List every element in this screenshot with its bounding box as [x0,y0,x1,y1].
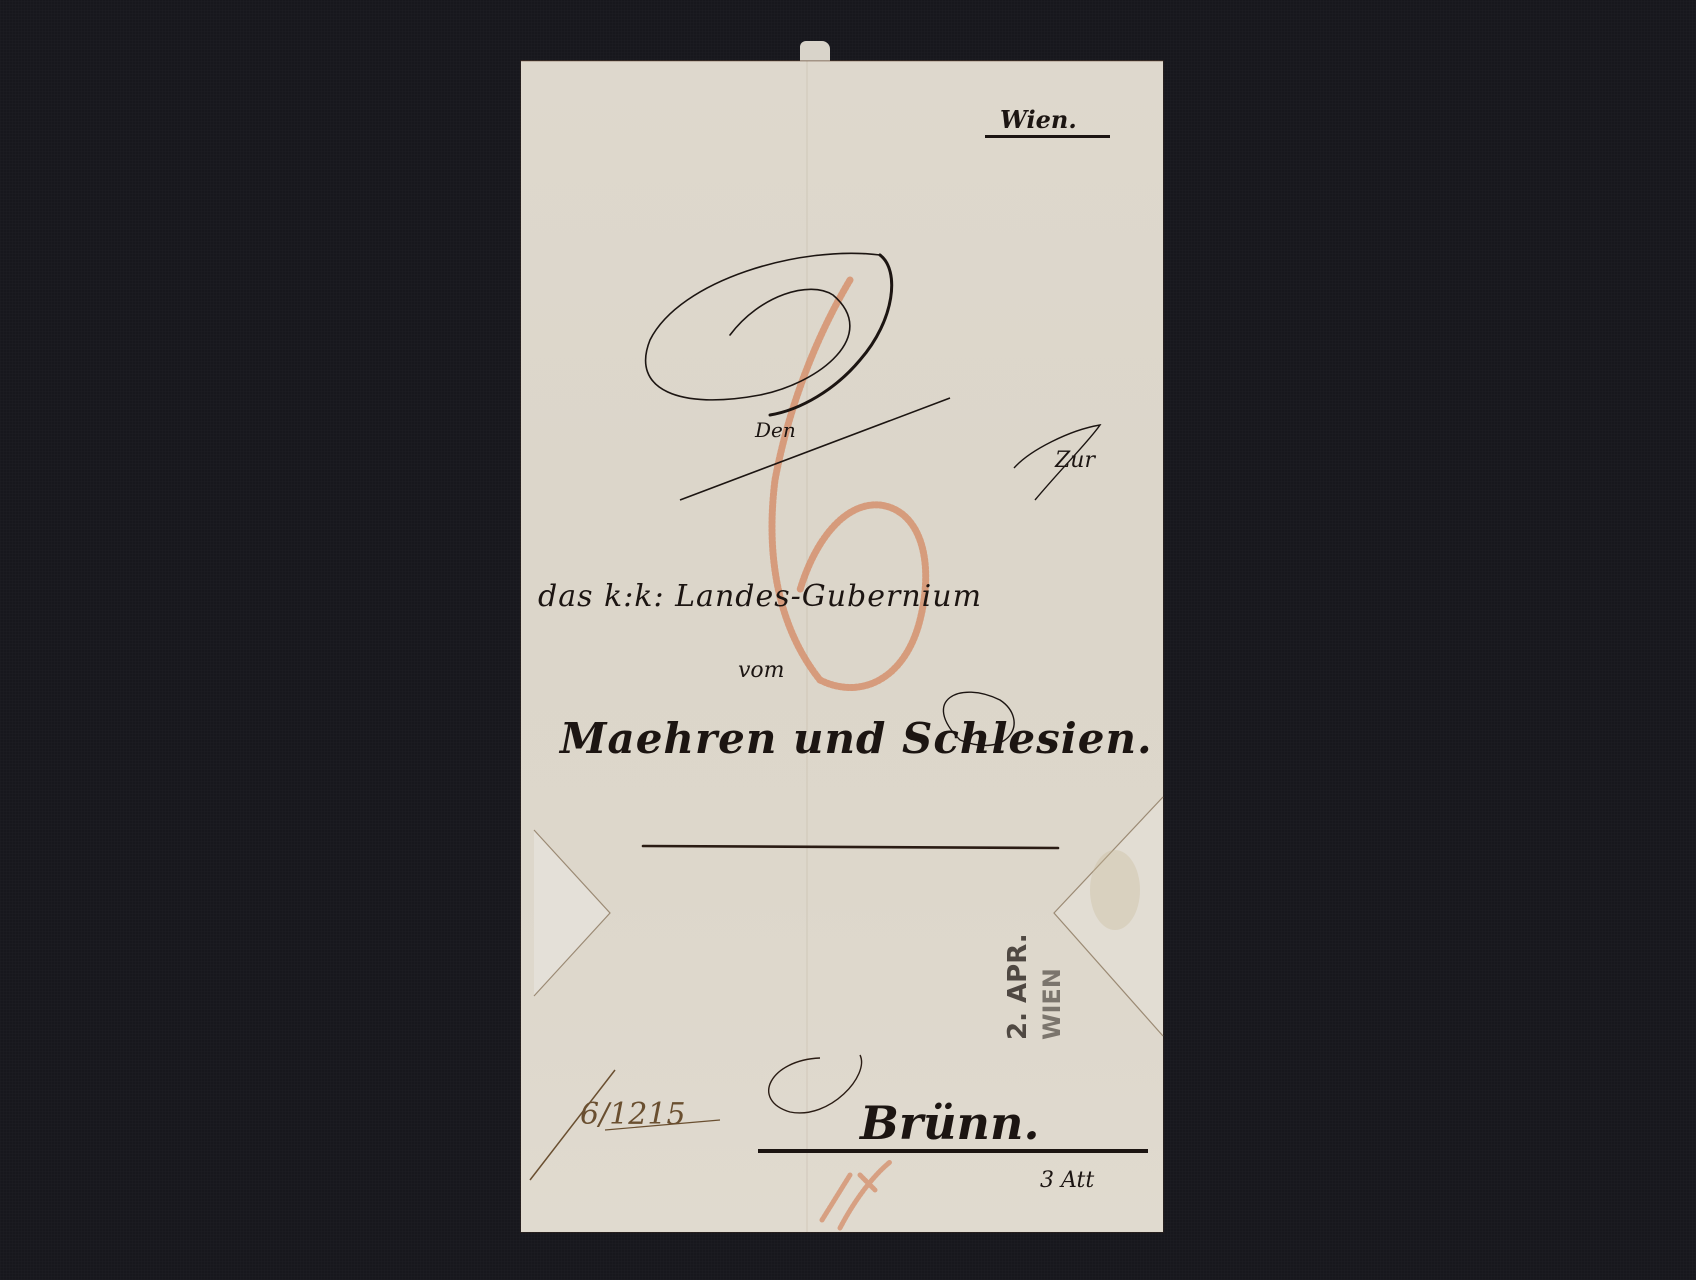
address-line-3: Maehren und Schlesien. [560,718,1153,760]
right-margin-note: Zur [1055,450,1095,472]
destination: Brünn. [860,1100,1039,1146]
origin-note: Wien. [1000,108,1077,132]
letter-cover [521,61,1163,1232]
bottom-right-note: 3 Att [1040,1170,1094,1192]
address-line-2: vom [738,660,785,682]
seal-tab [800,41,830,61]
salutation-prefix: Den [755,420,796,440]
address-line-1: das k:k: Landes-Gubernium [538,582,982,612]
docket-number: 6/1215 [580,1100,686,1130]
